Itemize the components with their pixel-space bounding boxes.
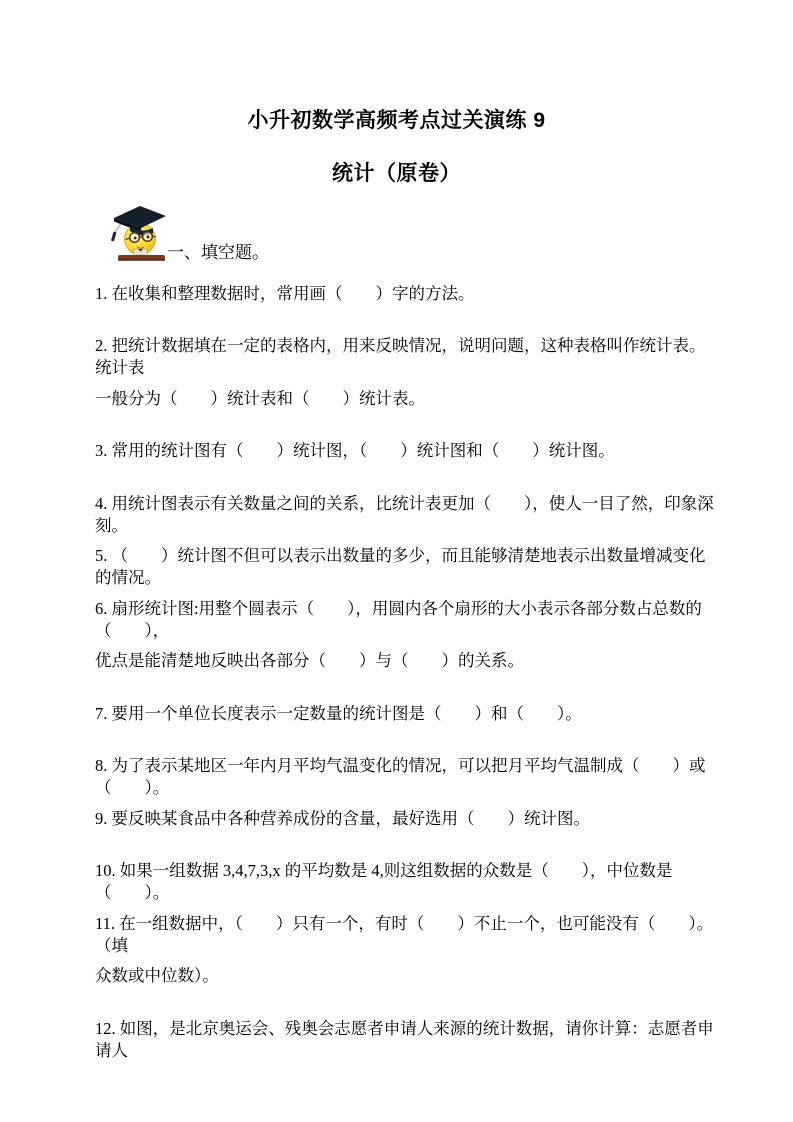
worksheet-page: 小升初数学高频考点过关演练 9 统计（原卷） — [0, 0, 793, 1122]
question-7-line-1: 7. 要用一个单位长度表示一定数量的统计图是（ ）和（ ）。 — [95, 703, 720, 725]
question-2-line-2: 一般分为（ ）统计表和（ ）统计表。 — [95, 388, 720, 410]
page-title: 小升初数学高频考点过关演练 9 — [0, 104, 793, 134]
page-subtitle: 统计（原卷） — [0, 157, 793, 187]
question-5-line-1: 5. （ ）统计图不但可以表示出数量的多少，而且能够清楚地表示出数量增减变化的情… — [95, 545, 720, 589]
question-11-line-2: 众数或中位数）。 — [95, 965, 720, 987]
question-8-line-1: 8. 为了表示某地区一年内月平均气温变化的情况，可以把月平均气温制成（ ）或（ … — [95, 755, 720, 799]
question-10-line-1: 10. 如果一组数据 3,4,7,3,x 的平均数是 4,则这组数据的众数是（ … — [95, 860, 720, 904]
question-11-line-1: 11. 在一组数据中，（ ）只有一个，有时（ ）不止一个，也可能没有（ ）。（填 — [95, 913, 720, 957]
question-3-line-1: 3. 常用的统计图有（ ）统计图，（ ）统计图和（ ）统计图。 — [95, 440, 720, 462]
question-9-line-1: 9. 要反映某食品中各种营养成份的含量，最好选用（ ）统计图。 — [95, 808, 720, 830]
section-heading: 一、填空题。 — [167, 238, 269, 263]
question-4-line-1: 4. 用统计图表示有关数量之间的关系，比统计表更加（ ），使人一目了然，印象深刻… — [95, 493, 720, 537]
question-6-line-1: 6. 扇形统计图:用整个圆表示（ ），用圆内各个扇形的大小表示各部分数占总数的（… — [95, 598, 720, 642]
question-12-line-1: 12. 如图，是北京奥运会、残奥会志愿者申请人来源的统计数据，请你计算：志愿者申… — [95, 1018, 720, 1062]
question-2-line-1: 2. 把统计数据填在一定的表格内，用来反映情况，说明问题，这种表格叫作统计表。统… — [95, 335, 720, 379]
graduate-smiley-icon — [108, 201, 172, 263]
question-6-line-2: 优点是能清楚地反映出各部分（ ）与（ ）的关系。 — [95, 650, 720, 672]
question-1-line-1: 1. 在收集和整理数据时，常用画（ ）字的方法。 — [95, 283, 720, 305]
